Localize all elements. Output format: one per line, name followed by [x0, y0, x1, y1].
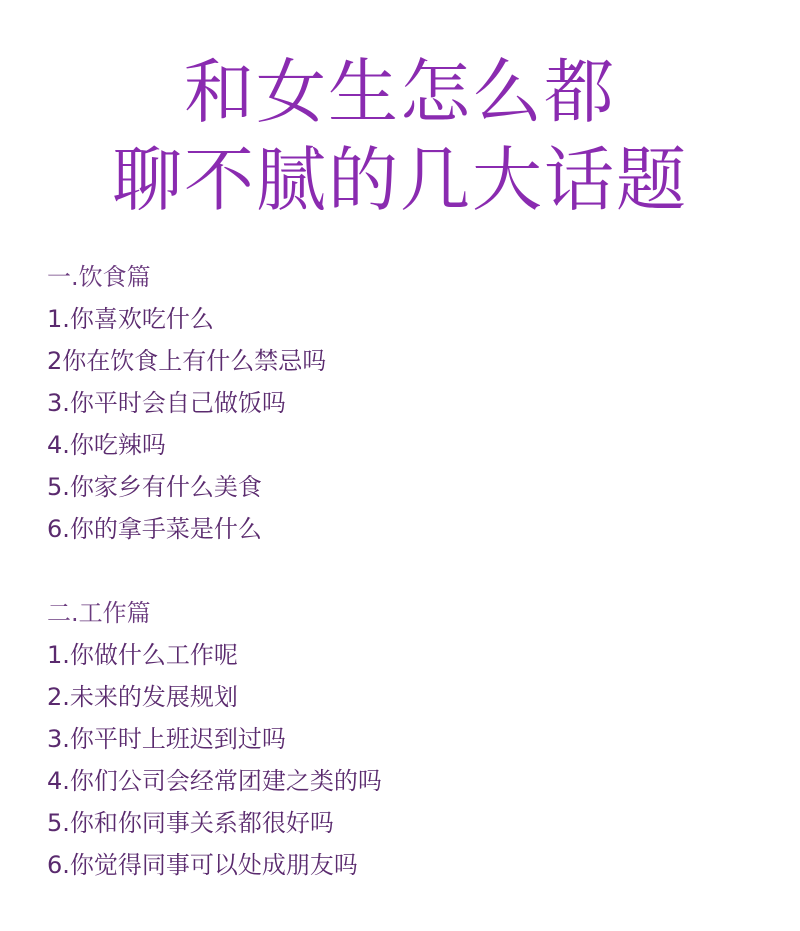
- section-heading: 一.饮食篇: [47, 256, 382, 298]
- section-food: 一.饮食篇 1.你喜欢吃什么 2你在饮食上有什么禁忌吗 3.你平时会自己做饭吗 …: [47, 256, 382, 550]
- title-line-2: 聊不腻的几大话题: [0, 136, 800, 224]
- list-item: 3.你平时上班迟到过吗: [47, 718, 382, 760]
- topic-list: 一.饮食篇 1.你喜欢吃什么 2你在饮食上有什么禁忌吗 3.你平时会自己做饭吗 …: [47, 256, 382, 886]
- list-item: 2.未来的发展规划: [47, 676, 382, 718]
- list-item: 6.你觉得同事可以处成朋友吗: [47, 844, 382, 886]
- page-title: 和女生怎么都 聊不腻的几大话题: [0, 48, 800, 224]
- list-item: 5.你和你同事关系都很好吗: [47, 802, 382, 844]
- list-item: 5.你家乡有什么美食: [47, 466, 382, 508]
- section-work: 二.工作篇 1.你做什么工作呢 2.未来的发展规划 3.你平时上班迟到过吗 4.…: [47, 592, 382, 886]
- title-line-1: 和女生怎么都: [0, 48, 800, 136]
- list-item: 2你在饮食上有什么禁忌吗: [47, 340, 382, 382]
- section-heading: 二.工作篇: [47, 592, 382, 634]
- list-item: 4.你吃辣吗: [47, 424, 382, 466]
- list-item: 3.你平时会自己做饭吗: [47, 382, 382, 424]
- list-item: 4.你们公司会经常团建之类的吗: [47, 760, 382, 802]
- list-item: 1.你做什么工作呢: [47, 634, 382, 676]
- list-item: 1.你喜欢吃什么: [47, 298, 382, 340]
- list-item: 6.你的拿手菜是什么: [47, 508, 382, 550]
